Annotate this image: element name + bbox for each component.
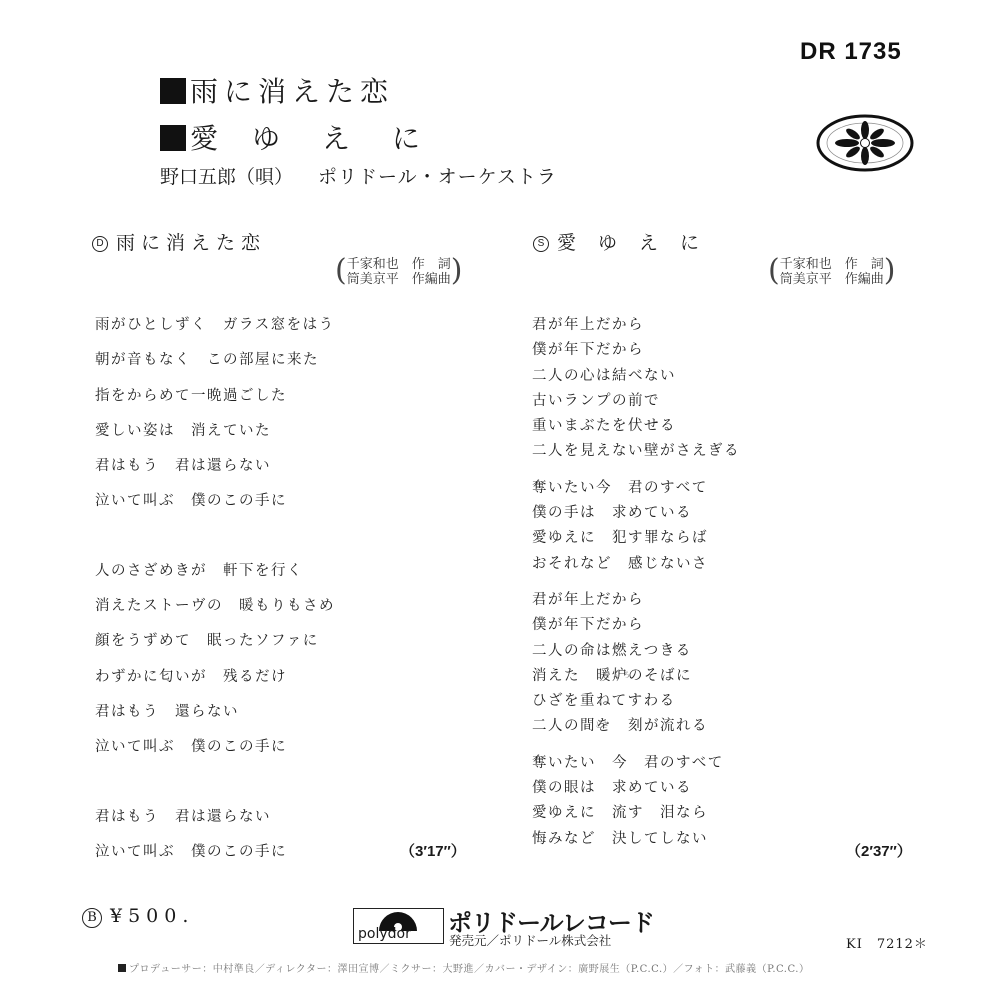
orchestra-name: ポリドール・オーケストラ bbox=[318, 162, 557, 189]
side-a-lyrics: 雨がひとしずく ガラス窓をはう 朝が音もなく この部屋に来た 指をからめて一晩過… bbox=[95, 313, 335, 875]
title-a-side: 雨に消えた恋 bbox=[160, 70, 394, 110]
title-b-char: に bbox=[392, 117, 462, 157]
lyric-line: ひざを重ねてすわる bbox=[532, 689, 740, 714]
polydor-wordmark: polydor bbox=[358, 926, 411, 942]
price-value: ¥500. bbox=[110, 905, 194, 927]
lyric-line: 君はもう 君は還らない bbox=[95, 805, 335, 840]
composer-credit: 筒美京平 作編曲 bbox=[347, 272, 451, 287]
lyric-line: 二人の命は燃えつきる bbox=[532, 639, 740, 664]
price-mark: B bbox=[82, 908, 102, 928]
lyric-line: 消えたストーヴの 暖もりもさめ bbox=[95, 594, 335, 629]
lyric-line: 愛ゆえに 犯す罪ならば bbox=[532, 526, 740, 551]
side-b-title-text: 愛ゆえに bbox=[557, 232, 721, 254]
lyric-line: 愛ゆえに 流す 泪なら bbox=[532, 801, 740, 826]
distributor: 発売元／ポリドール株式会社 bbox=[449, 931, 611, 949]
title-b-char: ゆ bbox=[252, 117, 322, 157]
side-a-title-text: 雨に消えた恋 bbox=[116, 232, 266, 254]
bullet-square-icon bbox=[160, 78, 186, 104]
lyric-line: 指をからめて一晩過ごした bbox=[95, 384, 335, 419]
lyric-line: 泣いて叫ぶ 僕のこの手に bbox=[95, 735, 335, 770]
polydor-logo: polydor bbox=[353, 908, 444, 944]
title-b-char: え bbox=[322, 117, 392, 157]
price: B¥500. bbox=[82, 905, 194, 928]
lyric-line: 君はもう 還らない bbox=[95, 700, 335, 735]
title-b-side: 愛ゆえに bbox=[160, 117, 462, 157]
lyric-line: 僕の眼は 求めている bbox=[532, 776, 740, 801]
lyricist-credit: 千家和也 作 詞 bbox=[780, 257, 884, 272]
furigana-toki: とき bbox=[595, 720, 609, 730]
staff-credits-text: プロデューサー：中村準良／ディレクター：澤田宣博／ミクサー：大野進／カバー・デザ… bbox=[129, 964, 809, 975]
lyric-line: 君はもう 君は還らない bbox=[95, 454, 335, 489]
lyric-line: 悔みなど 決してしない bbox=[532, 827, 740, 852]
lyric-line: 消えた 暖炉のそばに bbox=[532, 664, 740, 689]
product-code: KI 7212＊ bbox=[846, 933, 928, 952]
side-b-title: S愛ゆえに bbox=[533, 228, 721, 255]
lyric-line: わずかに匂いが 残るだけ bbox=[95, 665, 335, 700]
lyric-line: 愛しい姿は 消えていた bbox=[95, 419, 335, 454]
lyric-line: 僕の手は 求めている bbox=[532, 501, 740, 526]
flower-disc-logo-icon bbox=[815, 113, 915, 173]
side-b-duration: （2′37″） bbox=[846, 840, 912, 861]
lyric-line: 君が年上だから bbox=[532, 313, 740, 338]
lyric-line: 朝が音もなく この部屋に来た bbox=[95, 348, 335, 383]
side-a-title: D雨に消えた恋 bbox=[92, 228, 266, 255]
side-b-credits: (千家和也 作 詞筒美京平 作編曲) bbox=[768, 256, 895, 287]
lyric-line: 雨がひとしずく ガラス窓をはう bbox=[95, 313, 335, 348]
lyric-line: 奪いたい今 君のすべて bbox=[532, 476, 740, 501]
lyric-line: 顔をうずめて 眠ったソファに bbox=[95, 629, 335, 664]
composer-credit: 筒美京平 作編曲 bbox=[780, 272, 884, 287]
bullet-square-icon bbox=[160, 125, 186, 151]
lyric-line: 僕が年下だから bbox=[532, 338, 740, 363]
lyric-line: 二人の心は結べない bbox=[532, 364, 740, 389]
artist-name: 野口五郎（唄） bbox=[160, 162, 293, 189]
lyric-line: 重いまぶたを伏せる bbox=[532, 414, 740, 439]
lyric-line: 二人の間を 刻が流れる bbox=[532, 714, 740, 739]
lyric-line: 二人を見えない壁がさえぎる bbox=[532, 439, 740, 464]
lyric-line: 僕が年下だから bbox=[532, 613, 740, 638]
side-a-marker: D bbox=[92, 236, 108, 252]
furigana-danro: だんろ bbox=[603, 670, 633, 680]
staff-credits: プロデューサー：中村準良／ディレクター：澤田宣博／ミクサー：大野進／カバー・デザ… bbox=[118, 960, 809, 975]
lyric-line: 奪いたい 今 君のすべて bbox=[532, 751, 740, 776]
side-b-marker: S bbox=[533, 236, 549, 252]
catalog-number: DR 1735 bbox=[800, 38, 902, 66]
side-a-credits: (千家和也 作 詞筒美京平 作編曲) bbox=[335, 256, 462, 287]
lyric-line: 君が年上だから bbox=[532, 588, 740, 613]
title-a-text: 雨に消えた恋 bbox=[190, 75, 394, 108]
lyric-line: 泣いて叫ぶ 僕のこの手に bbox=[95, 489, 335, 524]
lyric-line: 泣いて叫ぶ 僕のこの手に bbox=[95, 840, 335, 875]
lyric-line: 古いランプの前で bbox=[532, 389, 740, 414]
title-b-char: 愛 bbox=[190, 117, 252, 157]
side-b-lyrics: 君が年上だから 僕が年下だから 二人の心は結べない 古いランプの前で 重いまぶた… bbox=[532, 313, 740, 852]
lyricist-credit: 千家和也 作 詞 bbox=[347, 257, 451, 272]
lyric-line: 人のさざめきが 軒下を行く bbox=[95, 559, 335, 594]
side-a-duration: （3′17″） bbox=[400, 840, 466, 861]
lyric-line: おそれなど 感じないさ bbox=[532, 552, 740, 577]
bullet-square-icon bbox=[118, 964, 126, 972]
